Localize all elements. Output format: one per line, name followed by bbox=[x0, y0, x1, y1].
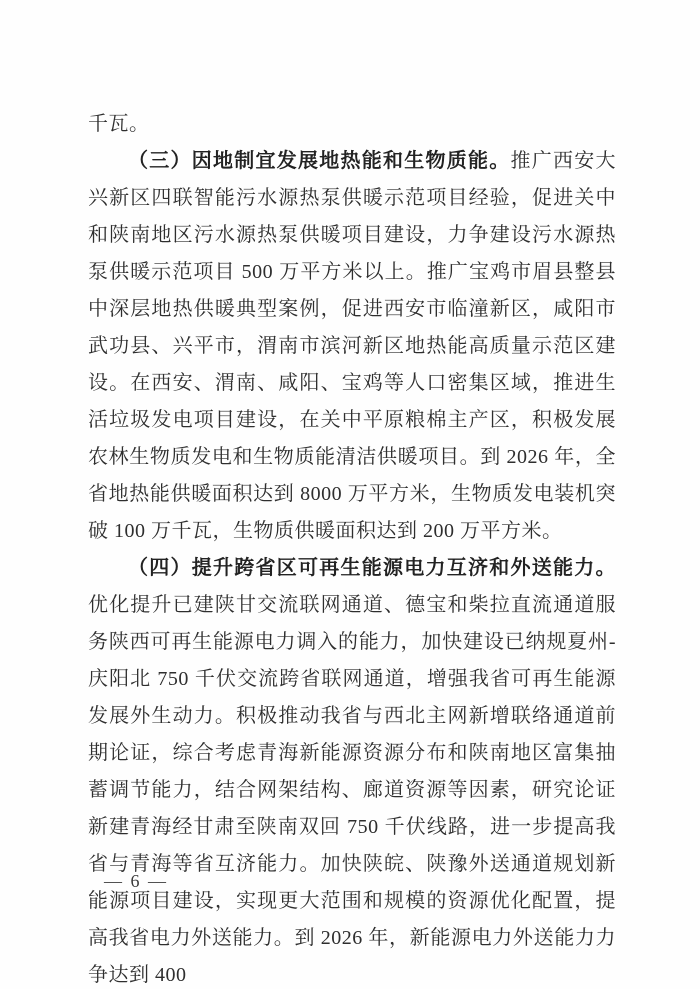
section-4-heading: （四）提升跨省区可再生能源电力互济和外送能力。 bbox=[128, 557, 616, 579]
paragraph-section-4: （四）提升跨省区可再生能源电力互济和外送能力。优化提升已建陕甘交流联网通道、德宝… bbox=[88, 550, 616, 989]
page-number: — 6 — bbox=[104, 869, 168, 893]
section-4-text: 优化提升已建陕甘交流联网通道、德宝和柴拉直流通道服务陕西可再生能源电力调入的能力… bbox=[88, 594, 616, 986]
document-page: 千瓦。 （三）因地制宜发展地热能和生物质能。推广西安大兴新区四联智能污水源热泵供… bbox=[0, 0, 700, 989]
paragraph-section-3: （三）因地制宜发展地热能和生物质能。推广西安大兴新区四联智能污水源热泵供暖示范项… bbox=[88, 143, 616, 550]
section-3-heading: （三）因地制宜发展地热能和生物质能。 bbox=[128, 150, 511, 172]
document-body: 千瓦。 （三）因地制宜发展地热能和生物质能。推广西安大兴新区四联智能污水源热泵供… bbox=[88, 106, 616, 989]
section-3-text: 推广西安大兴新区四联智能污水源热泵供暖示范项目经验，促进关中和陕南地区污水源热泵… bbox=[88, 150, 616, 542]
paragraph-continuation: 千瓦。 bbox=[88, 106, 616, 143]
paragraph-text: 千瓦。 bbox=[88, 113, 150, 135]
page-number-text: — 6 — bbox=[104, 871, 168, 891]
